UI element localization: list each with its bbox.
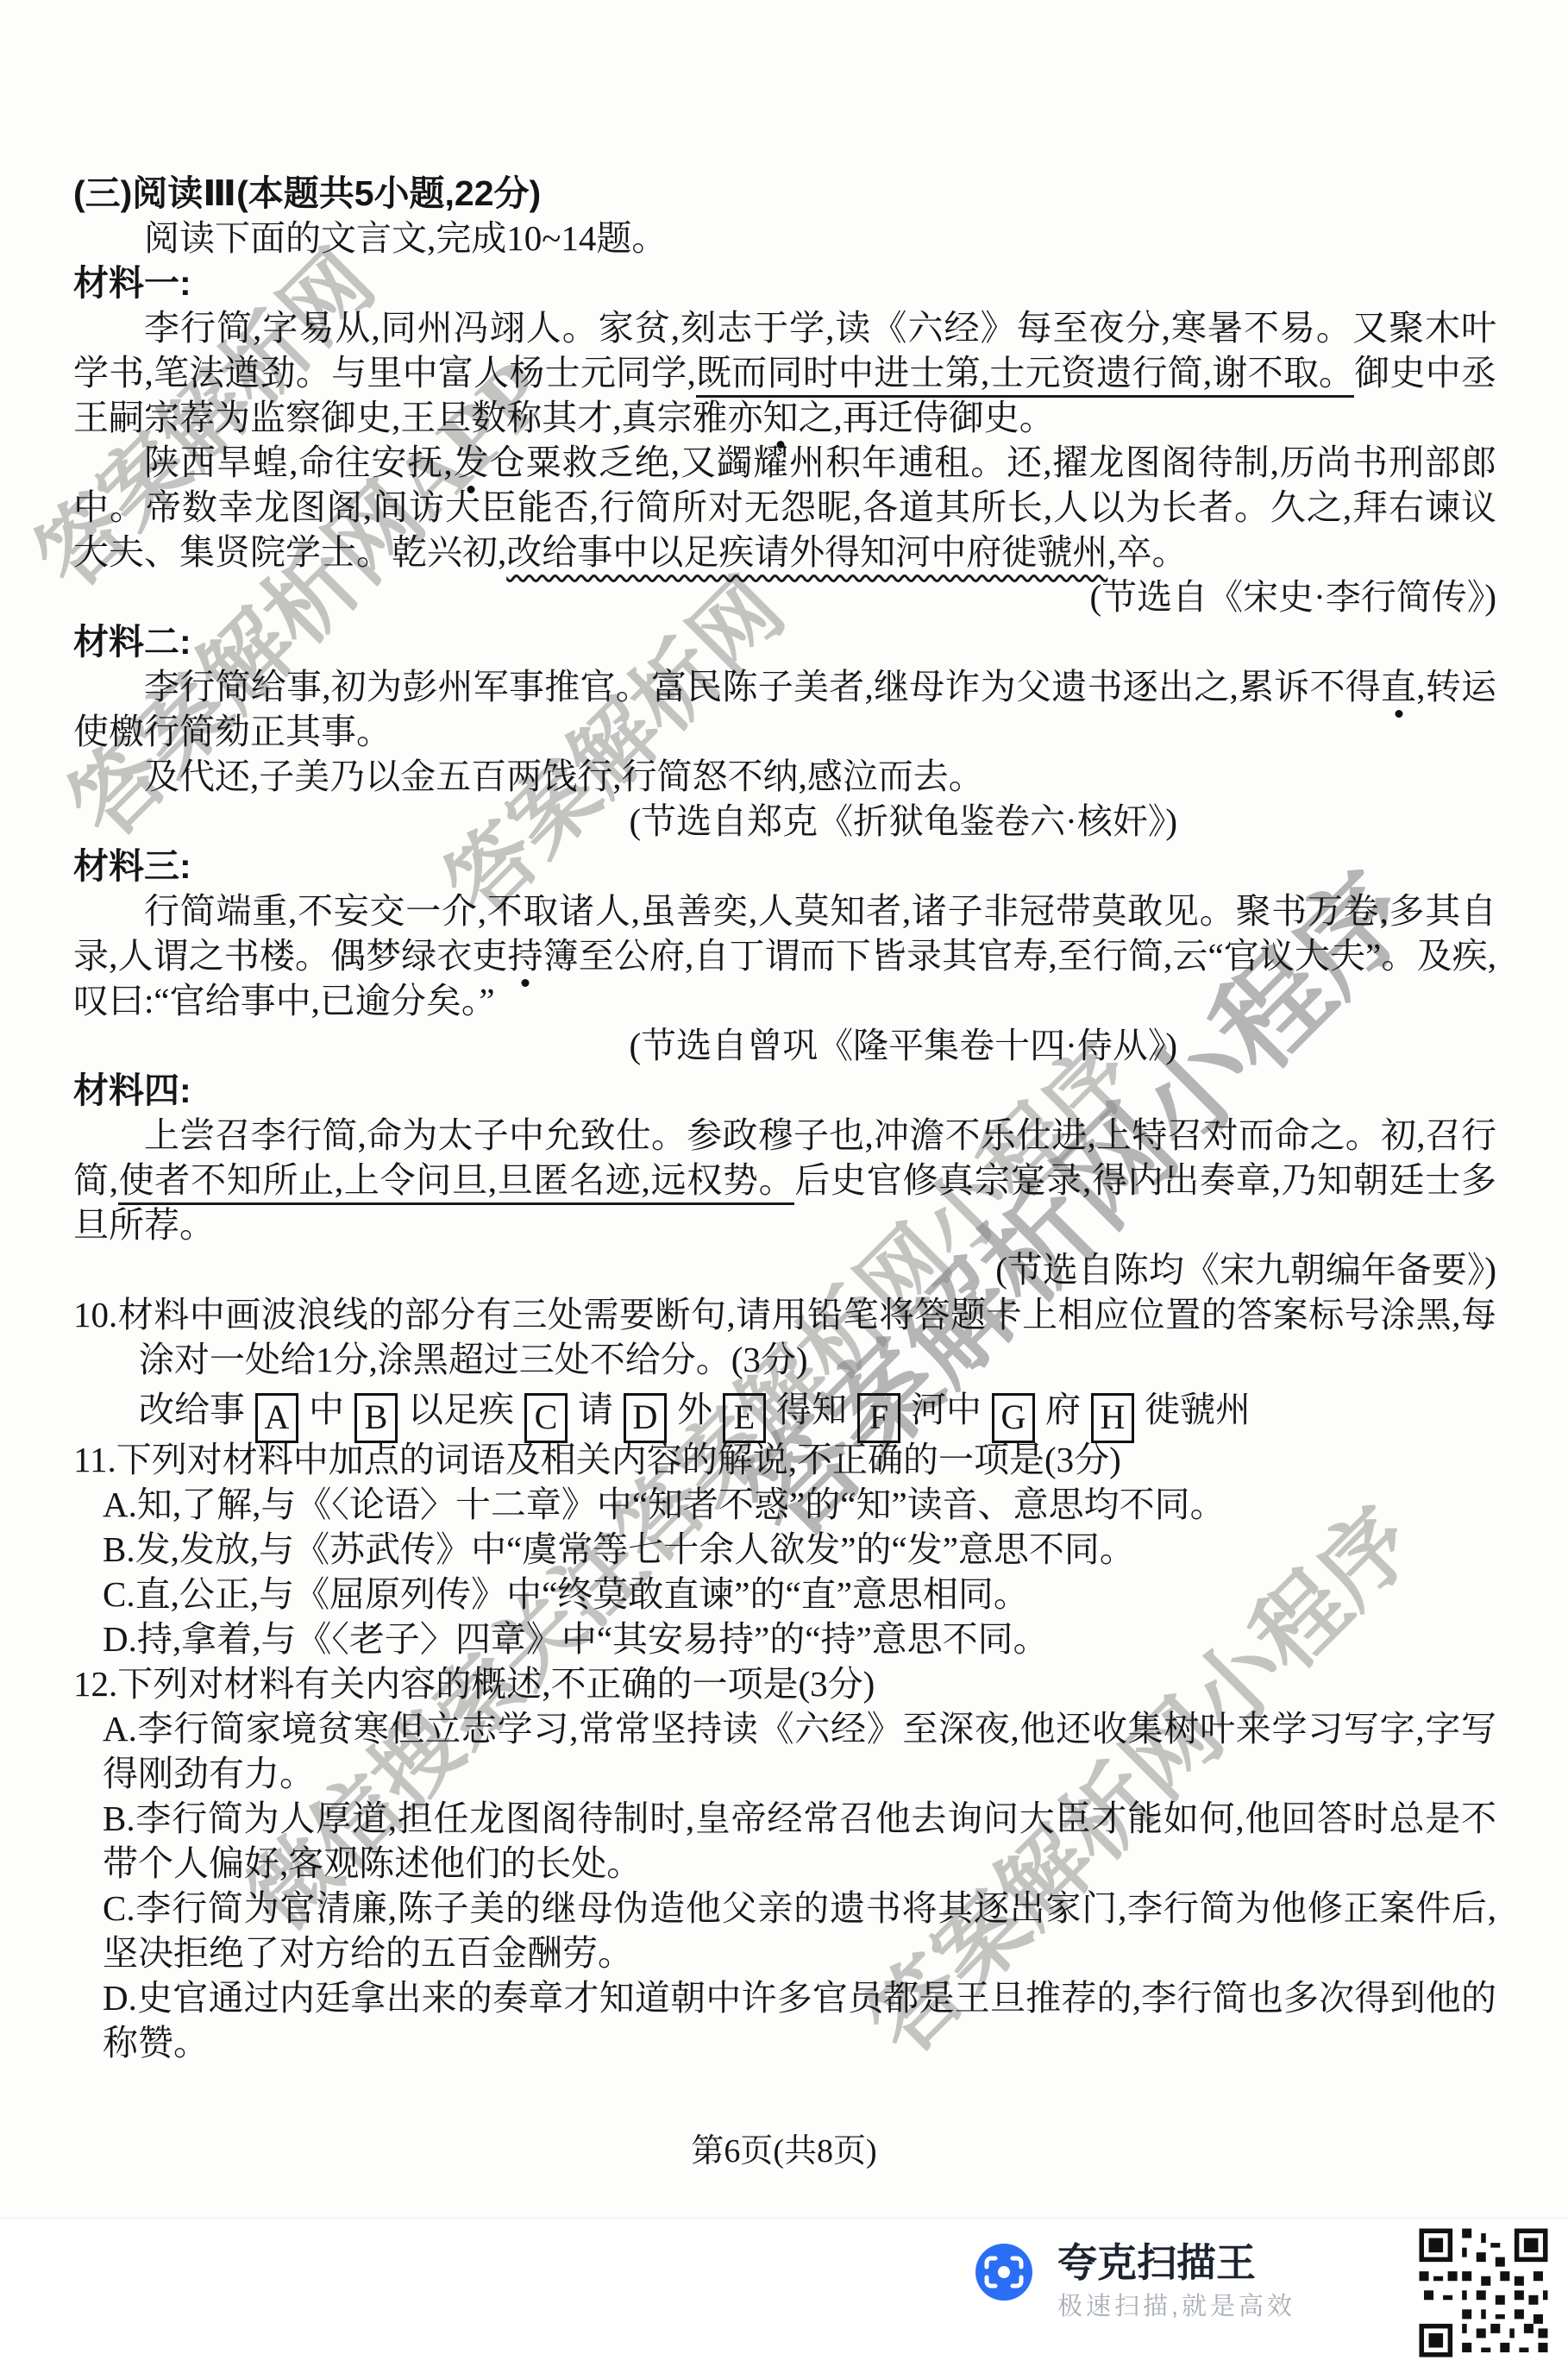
text-segment-underline: 使者不知所止,上令问旦,旦匿名迹,远权势。 (118, 1160, 794, 1205)
question-12-option-a: A.李行简家境贫寒但立志学习,常常坚持读《六经》至深夜,他还收集树叶来学习写字,… (103, 1706, 1496, 1796)
reading-instruction: 阅读下面的文言文,完成10~14题。 (73, 216, 1496, 261)
question-12-option-c: C.李行简为官清廉,陈子美的继母伪造他父亲的遗书将其逐出家门,李行简为他修正案件… (103, 1886, 1496, 1975)
text-segment-dot: 知 (763, 398, 799, 437)
text-segment: ,卒。 (1107, 532, 1187, 572)
section-title: (三)阅读Ⅲ(本题共5小题,22分) (73, 171, 1496, 216)
text-segment-box: F (857, 1393, 900, 1443)
material-4-paragraph-1: 上尝召李行简,命为太子中允致仕。参政穆子也,冲澹不乐仕进,上特召对而命之。初,召… (73, 1113, 1496, 1247)
text-segment-dot: 发 (453, 443, 490, 482)
text-segment: 请 (578, 1390, 613, 1429)
text-segment: 及代还,子美乃以金五百两饯行,行简怒不纳,感泣而去。 (144, 757, 984, 796)
scanner-slogan: 极速扫描,就是高效 (1057, 2294, 1295, 2321)
text-segment-box: E (723, 1393, 766, 1443)
text-segment: 中 (309, 1390, 344, 1429)
text-segment-underline: 既而同时中进士第,士元资遗行简,谢不取。 (696, 353, 1355, 398)
question-11-option-d: D.持,拿着,与《〈老子〉四章》中“其安易持”的“持”意思不同。 (103, 1617, 1496, 1661)
text-segment: 府 (1045, 1390, 1081, 1429)
text-segment-dot: 直 (1381, 667, 1416, 706)
scanner-app-name: 夸克扫描王 (1057, 2241, 1295, 2285)
quark-scanner-logo-icon (973, 2241, 1035, 2307)
exam-page: 答案解析网 答案解析网APP 答案解析网 答案解析网小程序 微信搜索关注答案解析… (0, 0, 1568, 2367)
question-11-stem: 11.下列对材料中加点的词语及相关内容的解说,不正确的一项是(3分) (73, 1437, 1496, 1482)
material-3-source: (节选自曾巩《隆平集卷十四·侍从》) (73, 1023, 1496, 1068)
material-3-label: 材料三: (73, 844, 1496, 888)
text-segment: 得知 (776, 1390, 847, 1429)
question-11-option-b: B.发,发放,与《苏武传》中“虞常等七十余人欲发”的“发”意思不同。 (103, 1527, 1496, 1572)
qr-code (1414, 2224, 1552, 2366)
material-1-paragraph-2: 陕西旱蝗,命往安抚,发仓粟救乏绝,又蠲耀州积年逋租。还,擢龙图阁待制,历尚书刑部… (73, 440, 1496, 574)
text-segment: 之,再迁侍御史。 (799, 398, 1055, 437)
question-12-stem: 12.下列对材料有关内容的概述,不正确的一项是(3分) (73, 1661, 1496, 1706)
text-segment: 外 (677, 1390, 712, 1429)
text-segment-wavy: 改给事中以足疾请外得知河中府徙虢州 (506, 532, 1107, 572)
material-1-paragraph-1: 李行简,字易从,同州冯翊人。家贫,刻志于学,读《六经》每至夜分,寒暑不易。又聚木… (73, 305, 1496, 440)
material-4-source: (节选自陈均《宋九朝编年备要》) (73, 1247, 1496, 1292)
material-2-paragraph-2: 及代还,子美乃以金五百两饯行,行简怒不纳,感泣而去。 (73, 754, 1496, 799)
text-segment: 河中 (911, 1390, 982, 1429)
text-segment: 徙虢州 (1145, 1390, 1251, 1429)
text-segment-box: A (255, 1393, 298, 1443)
text-segment: 改给事 (139, 1390, 245, 1429)
scanner-watermark-bar: 夸克扫描王 极速扫描,就是高效 (0, 2218, 1568, 2367)
material-3-paragraph-1: 行简端重,不妄交一介,不取诸人,虽善奕,人莫知者,诸子非冠带莫敢见。聚书万卷,多… (73, 888, 1496, 1023)
material-2-label: 材料二: (73, 619, 1496, 664)
page-number: 第6页(共8页) (0, 2124, 1568, 2171)
question-11-option-a: A.知,了解,与《〈论语〉十二章》中“知者不惑”的“知”读音、意思均不同。 (103, 1482, 1496, 1527)
text-segment-box: B (354, 1393, 398, 1443)
material-1-source: (节选自《宋史·李行简传》) (73, 574, 1496, 619)
text-segment: 陕西旱蝗,命往安抚, (144, 443, 453, 482)
text-segment-box: C (524, 1393, 568, 1443)
exam-content: (三)阅读Ⅲ(本题共5小题,22分) 阅读下面的文言文,完成10~14题。 材料… (73, 171, 1496, 2065)
material-4-label: 材料四: (73, 1068, 1496, 1113)
material-2-paragraph-1: 李行简给事,初为彭州军事推官。富民陈子美者,继母诈为父遗书逐出之,累诉不得直,转… (73, 664, 1496, 754)
text-segment: 以足疾 (408, 1390, 514, 1429)
text-segment-box: D (624, 1393, 667, 1443)
question-12-option-b: B.李行简为人厚道,担任龙图阁待制时,皇帝经常召他去询问大臣才能如何,他回答时总… (103, 1796, 1496, 1886)
question-10-stem: 10.材料中画波浪线的部分有三处需要断句,请用铅笔将答题卡上相应位置的答案标号涂… (73, 1292, 1496, 1382)
question-11-option-c: C.直,公正,与《屈原列传》中“终莫敢直谏”的“直”意思相同。 (103, 1572, 1496, 1617)
question-12-option-d: D.史官通过内廷拿出来的奏章才知道朝中许多官员都是王旦推荐的,李行简也多次得到他… (103, 1975, 1496, 2065)
material-2-source: (节选自郑克《折狱龟鉴卷六·核奸》) (73, 799, 1496, 844)
text-segment-dot: 持 (508, 936, 543, 976)
question-10-answer-row: 改给事A中B以足疾C请D外E得知F河中G府H徙虢州 (139, 1382, 1496, 1437)
text-segment: 李行简给事,初为彭州军事推官。富民陈子美者,继母诈为父遗书逐出之,累诉不得 (144, 667, 1381, 706)
material-1-label: 材料一: (73, 261, 1496, 305)
text-segment-box: H (1091, 1393, 1134, 1443)
text-segment-box: G (992, 1393, 1035, 1443)
